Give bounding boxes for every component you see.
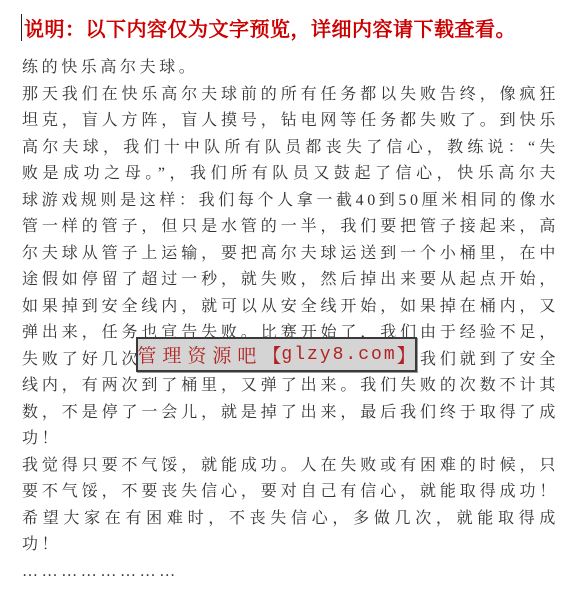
text-line: 途假如停留了超过一秒，就失败，然后掉出来要从起点开始， <box>22 267 559 294</box>
text-line: 我觉得只要不气馁，就能成功。人在失败或有困难的时候，只 <box>22 453 559 480</box>
watermark-site-name: 管理资源吧 <box>137 341 262 368</box>
text-line: 功！ <box>22 426 559 453</box>
text-cursor <box>21 14 22 41</box>
document-body: 练的快乐高尔夫球。那天我们在快乐高尔夫球前的所有任务都以失败告终，像疯狂坦克，盲… <box>22 55 559 585</box>
text-line: 败是成功之母。”，我们所有队员又鼓起了信心，快乐高尔夫 <box>22 161 559 188</box>
text-line: 管一样的管子，但只是水管的一半，我们要把管子接起来，高 <box>22 214 559 241</box>
watermark-badge: 管理资源吧 【 glzy8.com 】 <box>136 337 417 372</box>
text-line: 数，不是停了一会儿，就是掉了出来，最后我们终于取得了成 <box>22 400 559 427</box>
preview-notice-row: 说明：以下内容仅为文字预览，详细内容请下载查看。 <box>21 13 516 42</box>
text-line: 坦克，盲人方阵，盲人摸号，钻电网等任务都失败了。到快乐 <box>22 108 559 135</box>
text-line: 希望大家在有困难时，不丧失信心，多做几次，就能取得成 <box>22 506 559 533</box>
text-line: 那天我们在快乐高尔夫球前的所有任务都以失败告终，像疯狂 <box>22 82 559 109</box>
text-line: 要不气馁，不要丧失信心，要对自己有信心，就能取得成功！ <box>22 479 559 506</box>
text-line: 高尔夫球，我们十中队所有队员都丧失了信心，教练说：“失 <box>22 135 559 162</box>
text-line: 尔夫球从管子上运输，要把高尔夫球运送到一个小桶里，在中 <box>22 241 559 268</box>
text-line: 功！ <box>22 532 559 559</box>
watermark-site-url: glzy8.com <box>281 345 396 365</box>
preview-notice: 说明：以下内容仅为文字预览，详细内容请下载查看。 <box>24 13 516 42</box>
text-line: 线内，有两次到了桶里，又弹了出来。我们失败的次数不计其 <box>22 373 559 400</box>
text-line: 球游戏规则是这样：我们每个人拿一截40到50厘米相同的像水 <box>22 188 559 215</box>
text-line: 如果掉到安全线内，就可以从安全线开始，如果掉在桶内，又 <box>22 294 559 321</box>
watermark-bracket-right: 】 <box>397 341 416 368</box>
watermark-bracket-left: 【 <box>262 341 281 368</box>
text-line: …………………… <box>22 559 559 586</box>
text-line: 练的快乐高尔夫球。 <box>22 55 559 82</box>
